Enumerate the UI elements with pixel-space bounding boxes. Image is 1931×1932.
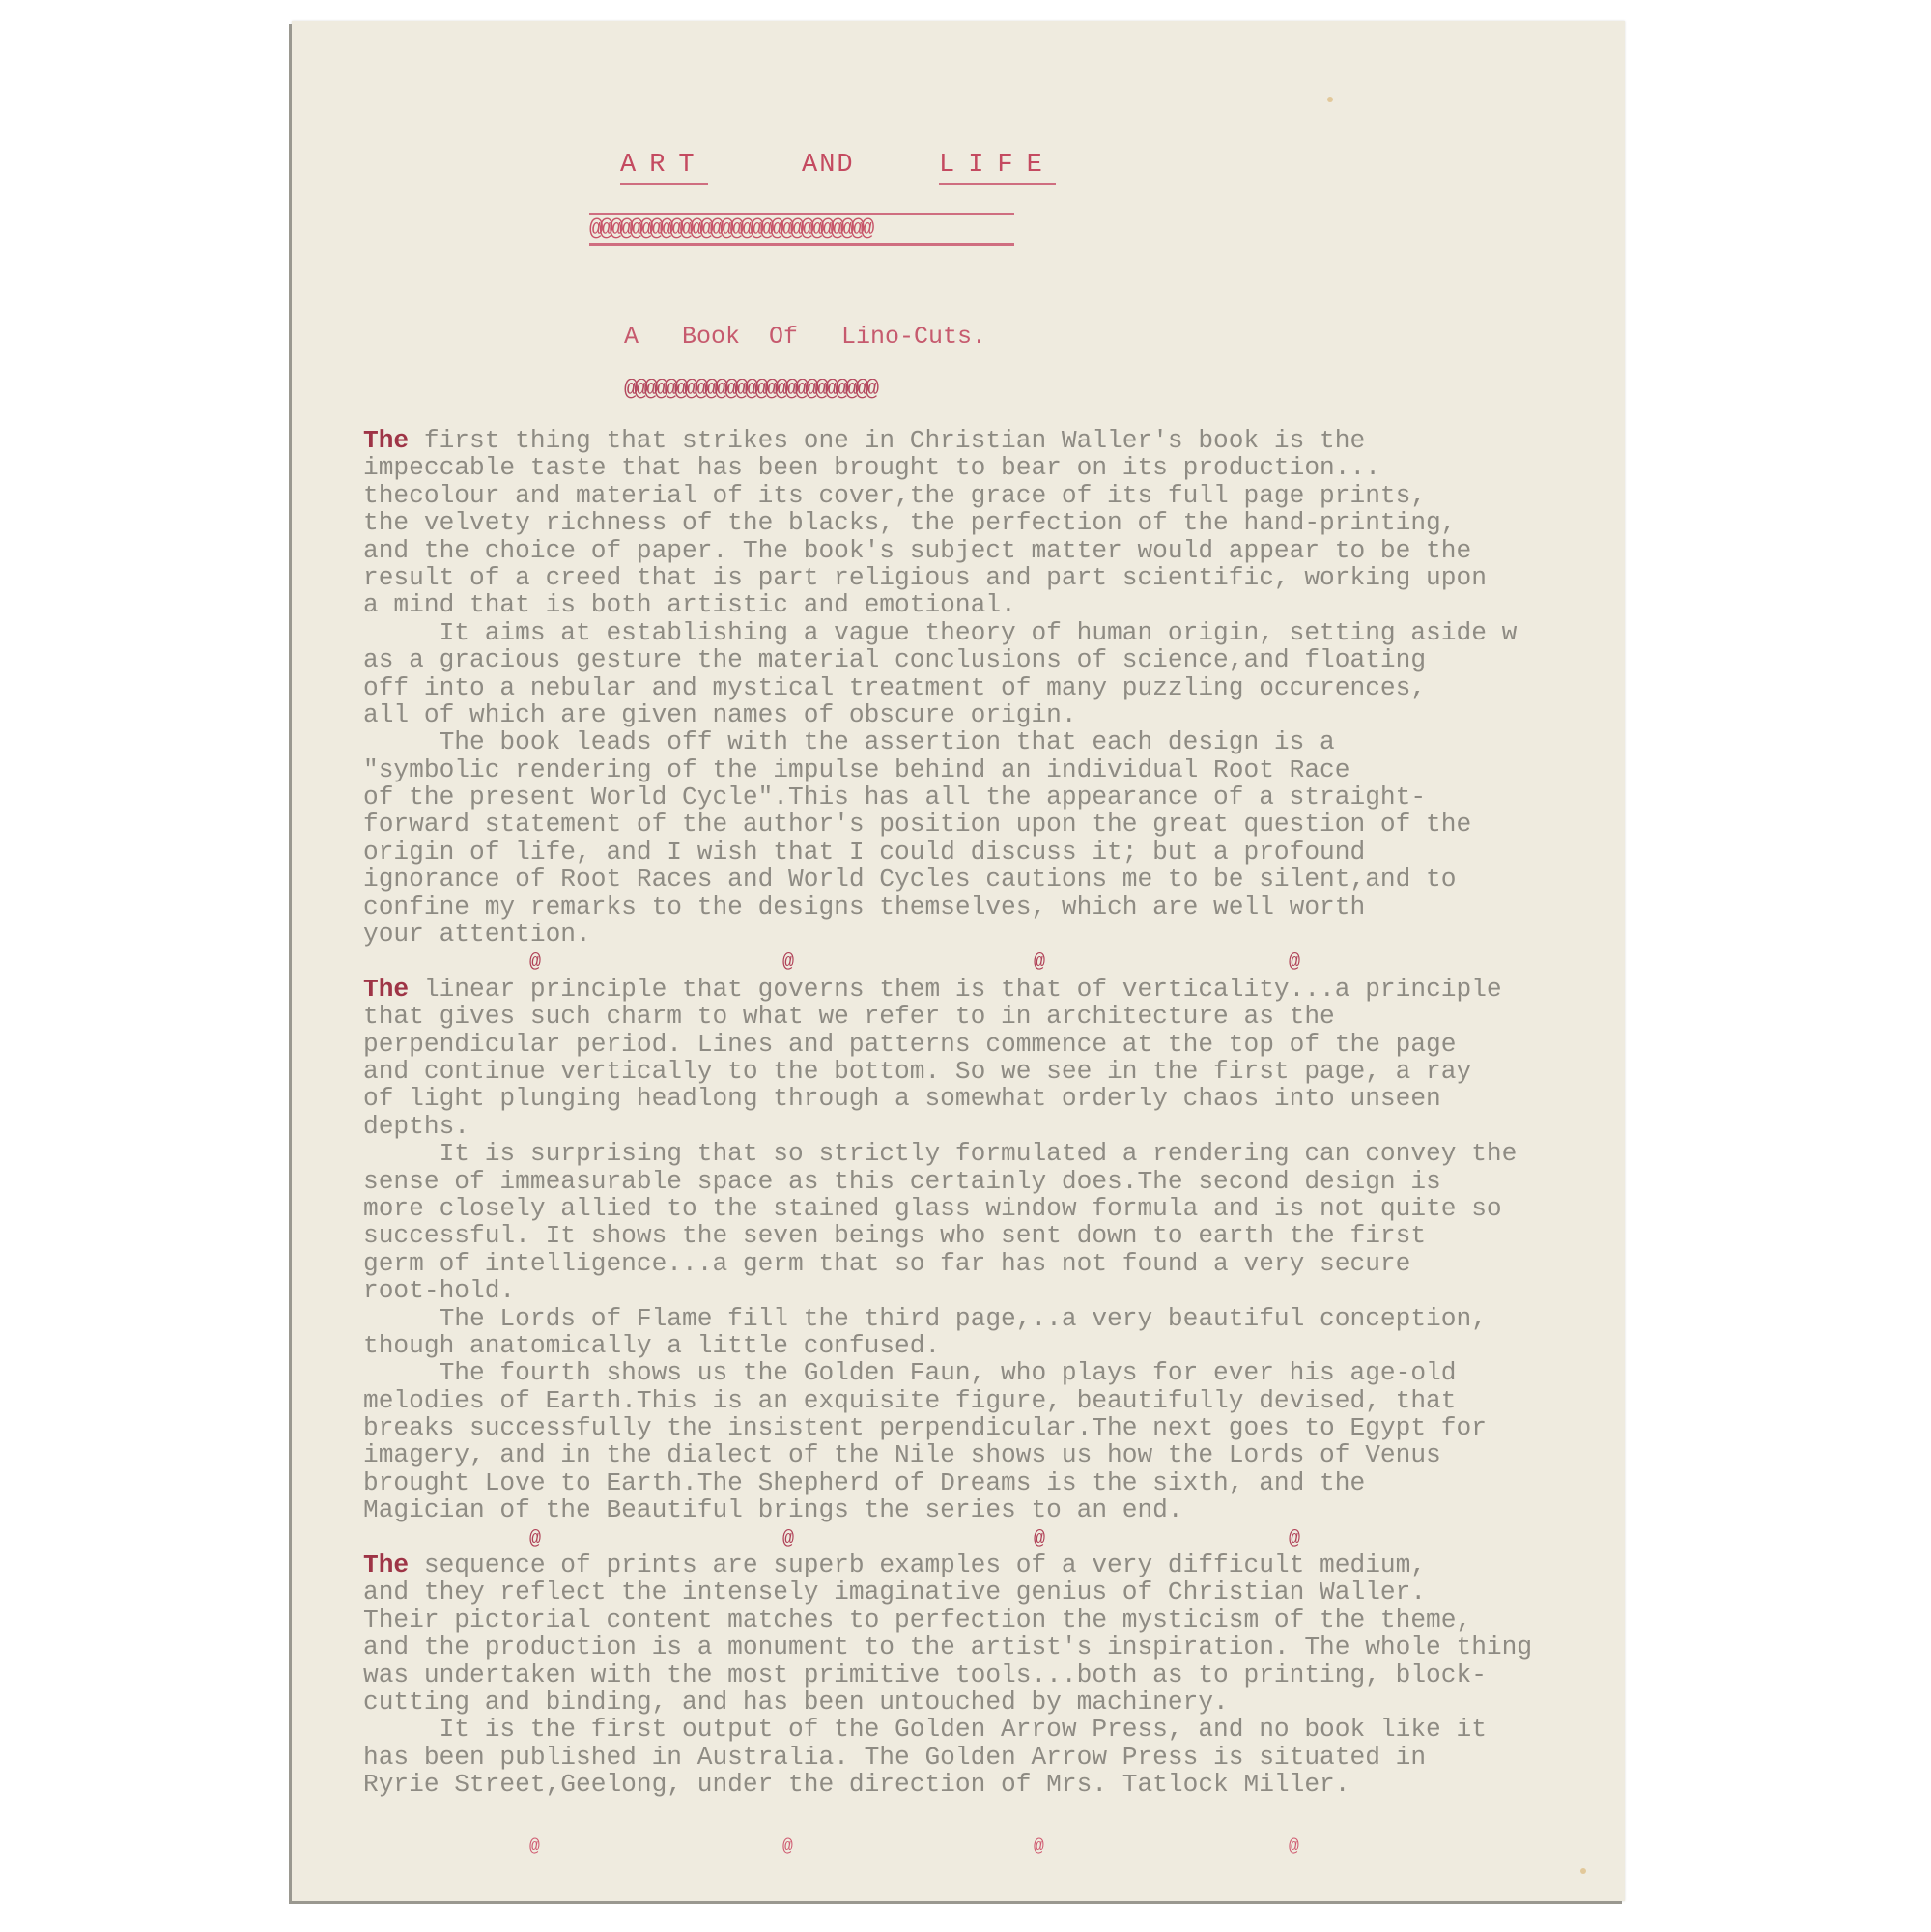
paper-stain: [1580, 1868, 1586, 1874]
line-text: perpendicular period. Lines and patterns…: [363, 1030, 1456, 1059]
text-line: Their pictorial content matches to perfe…: [363, 1606, 1619, 1634]
text-line: all of which are given names of obscure …: [363, 701, 1619, 728]
text-line: sense of immeasurable space as this cert…: [363, 1168, 1619, 1195]
section-2: The linear principle that governs them i…: [363, 976, 1619, 1524]
line-text: confine my remarks to the designs themse…: [363, 893, 1365, 922]
text-line: imagery, and in the dialect of the Nile …: [363, 1441, 1619, 1468]
text-line: was undertaken with the most primitive t…: [363, 1662, 1619, 1689]
ornament-mark-icon: @: [1034, 1526, 1045, 1553]
line-text: The book leads off with the assertion th…: [363, 727, 1335, 756]
line-text: root-hold.: [363, 1276, 515, 1305]
line-text: origin of life, and I wish that I could …: [363, 838, 1365, 867]
document-body: The first thing that strikes one in Chri…: [363, 427, 1619, 1799]
line-text: result of a creed that is part religious…: [363, 563, 1487, 592]
line-text: depths.: [363, 1112, 469, 1141]
line-text: and continue vertically to the bottom. S…: [363, 1057, 1471, 1086]
text-line: result of a creed that is part religious…: [363, 564, 1619, 591]
ornament-mark-icon: @: [529, 1837, 540, 1857]
ornament-mark-icon: @: [1289, 1526, 1300, 1553]
paragraph-lead-word: The: [363, 426, 409, 455]
text-line: The first thing that strikes one in Chri…: [363, 427, 1619, 454]
paper-stain: [1327, 97, 1333, 102]
paragraph-lead-word: The: [363, 1550, 409, 1579]
title-word-life: LIFE: [939, 151, 1056, 185]
line-text: and they reflect the intensely imaginati…: [363, 1577, 1426, 1606]
line-text: your attention.: [363, 920, 591, 949]
line-text: successful. It shows the seven beings wh…: [363, 1221, 1426, 1250]
text-line: successful. It shows the seven beings wh…: [363, 1222, 1619, 1249]
line-text: all of which are given names of obscure …: [363, 700, 1077, 729]
text-line: more closely allied to the stained glass…: [363, 1195, 1619, 1222]
line-text: and the choice of paper. The book's subj…: [363, 536, 1471, 565]
line-text: forward statement of the author's positi…: [363, 810, 1471, 838]
title-word-art: ART: [620, 151, 708, 185]
line-text: cutting and binding, and has been untouc…: [363, 1688, 1229, 1717]
text-line: origin of life, and I wish that I could …: [363, 838, 1619, 866]
text-line: cutting and binding, and has been untouc…: [363, 1689, 1619, 1716]
line-text: germ of intelligence...a germ that so fa…: [363, 1249, 1410, 1278]
text-line: It aims at establishing a vague theory o…: [363, 619, 1619, 646]
text-line: of the present World Cycle".This has all…: [363, 783, 1619, 810]
line-text: imagery, and in the dialect of the Nile …: [363, 1440, 1441, 1469]
line-text: brought Love to Earth.The Shepherd of Dr…: [363, 1468, 1365, 1497]
line-text: Ryrie Street,Geelong, under the directio…: [363, 1770, 1349, 1799]
line-text: as a gracious gesture the material concl…: [363, 645, 1426, 674]
line-text: The fourth shows us the Golden Faun, who…: [363, 1358, 1456, 1387]
line-text: Magician of the Beautiful brings the ser…: [363, 1495, 1183, 1524]
text-line: The sequence of prints are superb exampl…: [363, 1551, 1619, 1578]
text-line: as a gracious gesture the material concl…: [363, 646, 1619, 673]
line-text: more closely allied to the stained glass…: [363, 1194, 1502, 1223]
section-1: The first thing that strikes one in Chri…: [363, 427, 1619, 948]
line-text: was undertaken with the most primitive t…: [363, 1661, 1487, 1690]
ornament-mark-icon: @: [529, 1526, 541, 1553]
ornament-mark-icon: @: [1289, 950, 1300, 977]
section-divider: @@@@: [363, 1524, 1619, 1551]
line-text: a mind that is both artistic and emotion…: [363, 590, 1016, 619]
text-line: impeccable taste that has been brought t…: [363, 454, 1619, 481]
line-text: that gives such charm to what we refer t…: [363, 1002, 1335, 1031]
ornament-mark-icon: @: [782, 1837, 793, 1857]
line-text: and the production is a monument to the …: [363, 1633, 1532, 1662]
line-text: sense of immeasurable space as this cert…: [363, 1167, 1441, 1196]
paragraph-lead-word: The: [363, 975, 409, 1004]
text-line: and the production is a monument to the …: [363, 1634, 1619, 1661]
text-line: your attention.: [363, 921, 1619, 948]
line-text: first thing that strikes one in Christia…: [409, 426, 1365, 455]
text-line: a mind that is both artistic and emotion…: [363, 591, 1619, 618]
line-text: breaks successfully the insistent perpen…: [363, 1413, 1487, 1442]
text-line: the velvety richness of the blacks, the …: [363, 509, 1619, 536]
text-line: "symbolic rendering of the impulse behin…: [363, 756, 1619, 783]
text-line: has been published in Australia. The Gol…: [363, 1744, 1619, 1771]
line-text: of the present World Cycle".This has all…: [363, 782, 1426, 811]
line-text: It aims at establishing a vague theory o…: [363, 618, 1517, 647]
ornament-mark-icon: @: [1289, 1837, 1299, 1857]
text-line: Magician of the Beautiful brings the ser…: [363, 1496, 1619, 1523]
line-text: though anatomically a little confused.: [363, 1331, 940, 1360]
line-text: "symbolic rendering of the impulse behin…: [363, 755, 1349, 784]
text-line: forward statement of the author's positi…: [363, 810, 1619, 838]
text-line: breaks successfully the insistent perpen…: [363, 1414, 1619, 1441]
ornament-mark-icon: @: [1034, 950, 1045, 977]
ornament-mark-icon: @: [782, 950, 794, 977]
text-line: and the choice of paper. The book's subj…: [363, 537, 1619, 564]
text-line: root-hold.: [363, 1277, 1619, 1304]
text-line: melodies of Earth.This is an exquisite f…: [363, 1387, 1619, 1414]
text-line: The book leads off with the assertion th…: [363, 728, 1619, 755]
line-text: It is the first output of the Golden Arr…: [363, 1715, 1487, 1744]
closing-ornament-row: @ @ @ @: [363, 1835, 1522, 1864]
text-line: The Lords of Flame fill the third page,.…: [363, 1305, 1619, 1332]
text-line: depths.: [363, 1113, 1619, 1140]
text-line: brought Love to Earth.The Shepherd of Dr…: [363, 1469, 1619, 1496]
text-line: The fourth shows us the Golden Faun, who…: [363, 1359, 1619, 1386]
ornament-mark-icon: @: [529, 950, 541, 977]
line-text: sequence of prints are superb examples o…: [409, 1550, 1426, 1579]
typescript-page: ART AND LIFE @@@@@@@@@@@@@@@@@@@@@@@@@@@…: [292, 21, 1625, 1901]
text-line: The linear principle that governs them i…: [363, 976, 1619, 1003]
line-text: ignorance of Root Races and World Cycles…: [363, 865, 1456, 894]
line-text: off into a nebular and mystical treatmen…: [363, 673, 1426, 702]
ornament-mark-icon: @: [782, 1526, 794, 1553]
text-line: It is surprising that so strictly formul…: [363, 1140, 1619, 1167]
section-3: The sequence of prints are superb exampl…: [363, 1551, 1619, 1799]
title-word-and: AND: [802, 151, 855, 180]
line-text: has been published in Australia. The Gol…: [363, 1743, 1426, 1772]
section-divider: @@@@: [363, 948, 1619, 975]
line-text: of light plunging headlong through a som…: [363, 1084, 1441, 1113]
line-text: the velvety richness of the blacks, the …: [363, 508, 1456, 537]
text-line: perpendicular period. Lines and patterns…: [363, 1031, 1619, 1058]
line-text: thecolour and material of its cover,the …: [363, 481, 1426, 510]
subtitle-ornament-rule: @@@@@@@@@@@@@@@@@@@@@@@@@: [624, 379, 1014, 402]
text-line: ignorance of Root Races and World Cycles…: [363, 866, 1619, 893]
text-line: germ of intelligence...a germ that so fa…: [363, 1250, 1619, 1277]
text-line: and continue vertically to the bottom. S…: [363, 1058, 1619, 1085]
text-line: It is the first output of the Golden Arr…: [363, 1716, 1619, 1743]
document-title: ART AND LIFE: [620, 151, 1393, 189]
text-line: off into a nebular and mystical treatmen…: [363, 674, 1619, 701]
line-text: Their pictorial content matches to perfe…: [363, 1605, 1471, 1634]
text-line: confine my remarks to the designs themse…: [363, 894, 1619, 921]
line-text: The Lords of Flame fill the third page,.…: [363, 1304, 1487, 1333]
text-line: Ryrie Street,Geelong, under the directio…: [363, 1771, 1619, 1798]
text-line: of light plunging headlong through a som…: [363, 1085, 1619, 1112]
line-text: It is surprising that so strictly formul…: [363, 1139, 1517, 1168]
line-text: melodies of Earth.This is an exquisite f…: [363, 1386, 1456, 1415]
document-subtitle: A Book Of Lino-Cuts.: [624, 323, 986, 351]
text-line: thecolour and material of its cover,the …: [363, 482, 1619, 509]
line-text: impeccable taste that has been brought t…: [363, 453, 1380, 482]
line-text: linear principle that governs them is th…: [409, 975, 1501, 1004]
text-line: that gives such charm to what we refer t…: [363, 1003, 1619, 1030]
text-line: and they reflect the intensely imaginati…: [363, 1578, 1619, 1605]
ornament-mark-icon: @: [1034, 1837, 1044, 1857]
text-line: though anatomically a little confused.: [363, 1332, 1619, 1359]
title-ornament-rule: @@@@@@@@@@@@@@@@@@@@@@@@@@@@: [589, 213, 1014, 246]
